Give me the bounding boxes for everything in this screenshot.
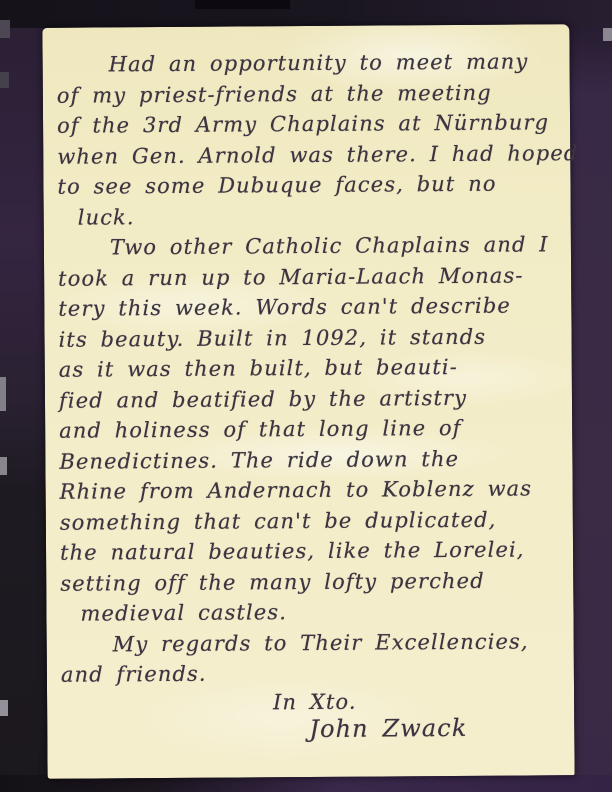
letter-line: took a run up to Maria-Laach Monas- <box>58 260 571 294</box>
letter-signature: John Zwack <box>309 713 574 744</box>
letter-line: Had an opportunity to meet many <box>109 46 570 80</box>
letter-line: Rhine from Andernach to Koblenz was <box>60 473 573 507</box>
film-notch <box>0 700 8 716</box>
letter-line: My regards to Their Excellencies, <box>113 626 574 660</box>
letter-line: of the 3rd Army Chaplains at Nürnburg <box>57 107 570 141</box>
letter-line: and friends. <box>61 656 574 690</box>
letter-line: to see some Dubuque faces, but no <box>57 168 570 202</box>
letter-line: when Gen. Arnold was there. I had hoped <box>57 138 570 172</box>
film-notch <box>603 28 612 41</box>
letter-line: and holiness of that long line of <box>59 412 572 446</box>
letter-closing: In Xto. <box>273 687 574 715</box>
letter-line: luck. <box>78 199 571 233</box>
letter-line: its beauty. Built in 1092, it stands <box>58 321 571 355</box>
scan-backdrop-tab <box>195 0 290 9</box>
letter-line: fied and beatified by the artistry <box>59 382 572 416</box>
film-notch <box>0 20 10 38</box>
film-notch <box>0 377 6 411</box>
letter-line: tery this week. Words can't describe <box>58 290 571 324</box>
letter-line: medieval castles. <box>80 595 573 629</box>
letter-line: as it was then built, but beauti- <box>59 351 572 385</box>
letter-paper: Had an opportunity to meet many of my pr… <box>42 24 574 779</box>
letter-line: something that can't be duplicated, <box>60 504 573 538</box>
film-notch <box>0 72 9 88</box>
letter-line: of my priest-friends at the meeting <box>57 77 570 111</box>
film-notch <box>0 457 7 475</box>
letter-line: Benedictines. The ride down the <box>59 443 572 477</box>
letter-line: setting off the many lofty perched <box>60 565 573 599</box>
letter-line: Two other Catholic Chaplains and I <box>110 229 571 263</box>
letter-line: the natural beauties, like the Lorelei, <box>60 534 573 568</box>
scan-backdrop-right <box>570 0 612 792</box>
scan-backdrop-left <box>0 0 47 792</box>
